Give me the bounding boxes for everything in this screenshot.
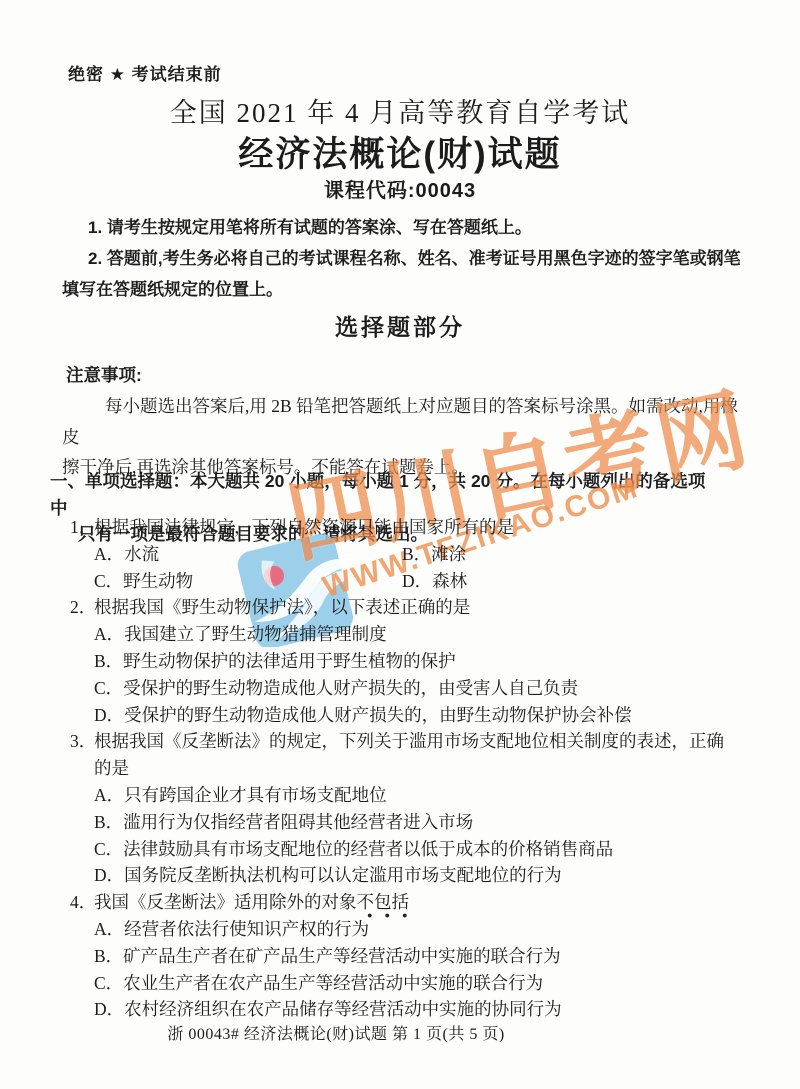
option-item: A．只有跨国企业才具有市场支配地位 (94, 782, 746, 809)
question-4: 4．我国《反垄断法》适用除外的对象不包括 A．经营者依法行使知识产权的行为 B．… (70, 889, 746, 1023)
question-stem-continuation: 的是 (94, 755, 746, 782)
option-row: C．野生动物 D．森林 (94, 568, 746, 595)
option-item: C．农业生产者在农产品生产等经营活动中实施的联合行为 (94, 970, 746, 997)
option-item: C．受保护的野生动物造成他人财产损失的，由受害人自己负责 (94, 675, 746, 702)
question-number: 3． (70, 728, 94, 755)
course-code: 课程代码:00043 (0, 174, 800, 203)
question-stem-emphasized-text: 不包括 (357, 892, 410, 918)
question-stem: 3．根据我国《反垄断法》的规定，下列关于滥用市场支配地位相关制度的表述，正确 (94, 728, 746, 755)
attention-line-1: 每小题选出答案后,用 2B 铅笔把答题纸上对应题目的答案标号涂黑。如需改动,用橡… (62, 391, 742, 452)
option-item: C．野生动物 (94, 568, 402, 595)
question-stem-text: 根据我国《野生动物保护法》，以下表述正确的是 (94, 597, 470, 617)
question-number: 4． (70, 889, 94, 916)
question-stem-text: 根据我国《反垄断法》的规定，下列关于滥用市场支配地位相关制度的表述，正确 (94, 731, 724, 751)
question-2: 2．根据我国《野生动物保护法》，以下表述正确的是 A．我国建立了野生动物猎捕管理… (70, 594, 746, 728)
option-item: D．农村经济组织在农产品储存等经营活动中实施的协同行为 (94, 996, 746, 1023)
notice-item-2-line-2: 填写在答题纸规定的位置上。 (62, 274, 742, 305)
option-item: A．经营者依法行使知识产权的行为 (94, 916, 746, 943)
option-item: B．野生动物保护的法律适用于野生植物的保护 (94, 648, 746, 675)
question-list: 1．根据我国法律规定，下列自然资源只能由国家所有的是 A．水流 B．滩涂 C．野… (70, 514, 746, 1023)
question-stem: 2．根据我国《野生动物保护法》，以下表述正确的是 (94, 594, 746, 621)
notice-item-2-line-1: 2. 答题前,考生务必将自己的考试课程名称、姓名、准考证号用黑色字迹的签字笔或钢… (62, 243, 742, 274)
candidate-notices: 1. 请考生按规定用笔将所有试题的答案涂、写在答题纸上。 2. 答题前,考生务必… (62, 212, 742, 305)
question-3: 3．根据我国《反垄断法》的规定，下列关于滥用市场支配地位相关制度的表述，正确 的… (70, 728, 746, 889)
section-title: 选择题部分 (0, 309, 800, 342)
classified-banner: 绝密 ★ 考试结束前 (68, 60, 222, 85)
question-stem: 4．我国《反垄断法》适用除外的对象不包括 (94, 889, 746, 916)
option-row: A．水流 B．滩涂 (94, 541, 746, 568)
option-item: D．森林 (402, 568, 746, 595)
question-number: 2． (70, 594, 94, 621)
question-number: 1． (70, 514, 94, 541)
option-item: D．受保护的野生动物造成他人财产损失的，由野生动物保护协会补偿 (94, 702, 746, 729)
option-item: A．我国建立了野生动物猎捕管理制度 (94, 621, 746, 648)
option-item: B．矿产品生产者在矿产品生产等经营活动中实施的联合行为 (94, 943, 746, 970)
option-item: A．水流 (94, 541, 402, 568)
option-item: C．法律鼓励具有市场支配地位的经营者以低于成本的价格销售商品 (94, 836, 746, 863)
question-stem-text: 根据我国法律规定，下列自然资源只能由国家所有的是 (94, 517, 514, 537)
page-footer: 浙 00043# 经济法概论(财)试题 第 1 页(共 5 页) (0, 1021, 672, 1044)
attention-heading: 注意事项: (66, 362, 142, 387)
question-stem-text: 我国《反垄断法》适用除外的对象 (94, 892, 357, 912)
exam-title: 全国 2021 年 4 月高等教育自学考试 (0, 91, 800, 130)
exam-paper-page: 四川自考网 WWW.TFZIKAO.COM 绝密 ★ 考试结束前 全国 2021… (0, 0, 800, 1089)
question-1: 1．根据我国法律规定，下列自然资源只能由国家所有的是 A．水流 B．滩涂 C．野… (70, 514, 746, 594)
option-item: B．滩涂 (402, 541, 746, 568)
notice-item-1: 1. 请考生按规定用笔将所有试题的答案涂、写在答题纸上。 (62, 212, 742, 243)
paper-title: 经济法概论(财)试题 (0, 127, 800, 177)
option-item: D．国务院反垄断执法机构可以认定滥用市场支配地位的行为 (94, 862, 746, 889)
question-stem: 1．根据我国法律规定，下列自然资源只能由国家所有的是 (94, 514, 746, 541)
option-item: B．滥用行为仅指经营者阻碍其他经营者进入市场 (94, 809, 746, 836)
